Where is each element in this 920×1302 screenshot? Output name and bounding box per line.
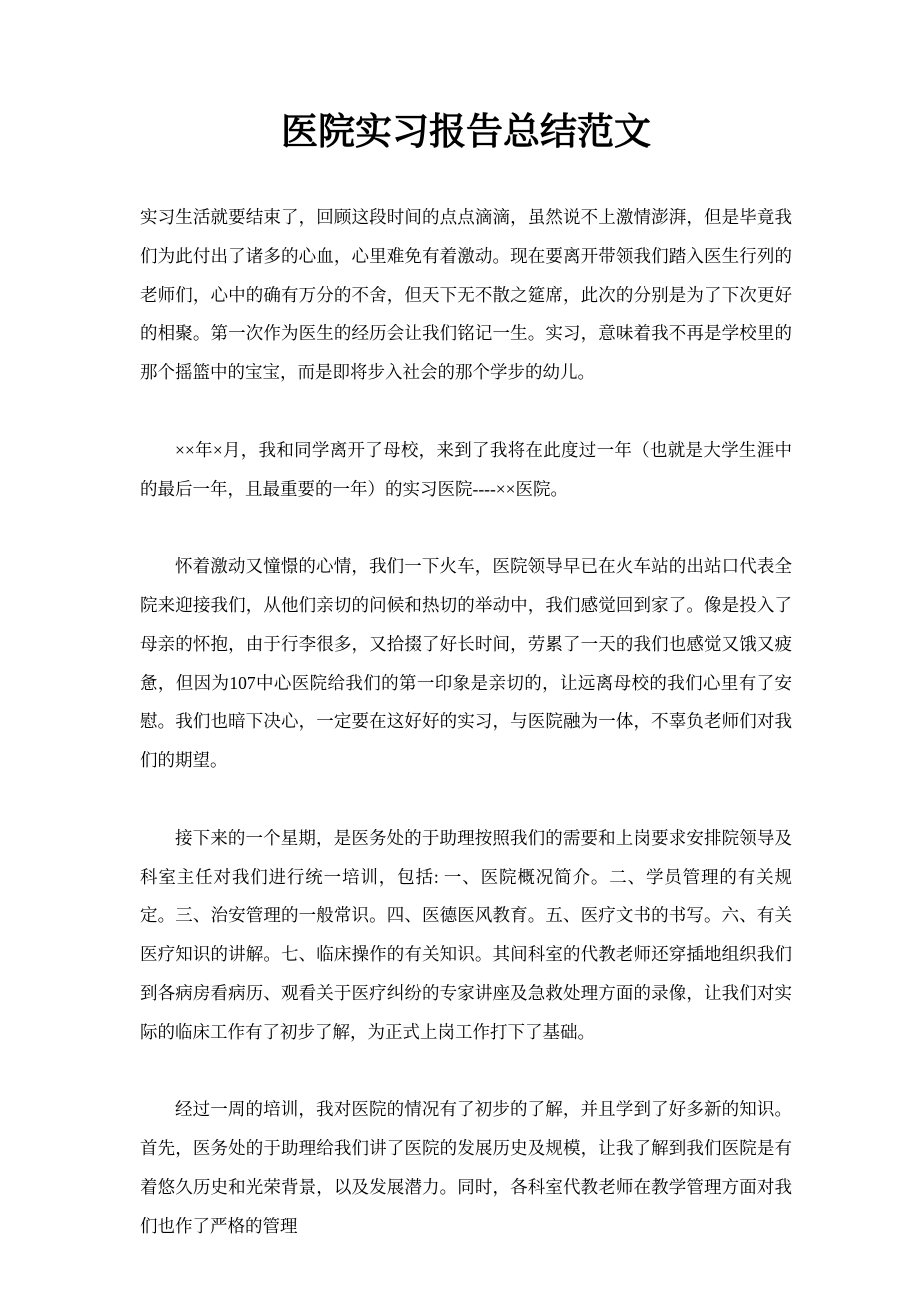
paragraph-4: 接下来的一个星期，是医务处的于助理按照我们的需要和上岗要求安排院领导及科室主任对… bbox=[140, 819, 792, 1052]
paragraph-5: 经过一周的培训，我对医院的情况有了初步的了解，并且学到了好多新的知识。首先，医务… bbox=[140, 1090, 792, 1245]
document-page: 医院实习报告总结范文 实习生活就要结束了，回顾这段时间的点点滴滴，虽然说不上激情… bbox=[0, 0, 920, 1302]
paragraph-1: 实习生活就要结束了，回顾这段时间的点点滴滴，虽然说不上激情澎湃，但是毕竟我们为此… bbox=[140, 198, 792, 392]
document-title: 医院实习报告总结范文 bbox=[140, 104, 792, 162]
paragraph-3: 怀着激动又憧憬的心情，我们一下火车，医院领导早已在火车站的出站口代表全院来迎接我… bbox=[140, 547, 792, 780]
document-body: 实习生活就要结束了，回顾这段时间的点点滴滴，虽然说不上激情澎湃，但是毕竟我们为此… bbox=[140, 198, 792, 1246]
paragraph-2: ××年×月，我和同学离开了母校，来到了我将在此度过一年（也就是大学生涯中的最后一… bbox=[140, 431, 792, 509]
document-content: 医院实习报告总结范文 实习生活就要结束了，回顾这段时间的点点滴滴，虽然说不上激情… bbox=[140, 104, 792, 1246]
